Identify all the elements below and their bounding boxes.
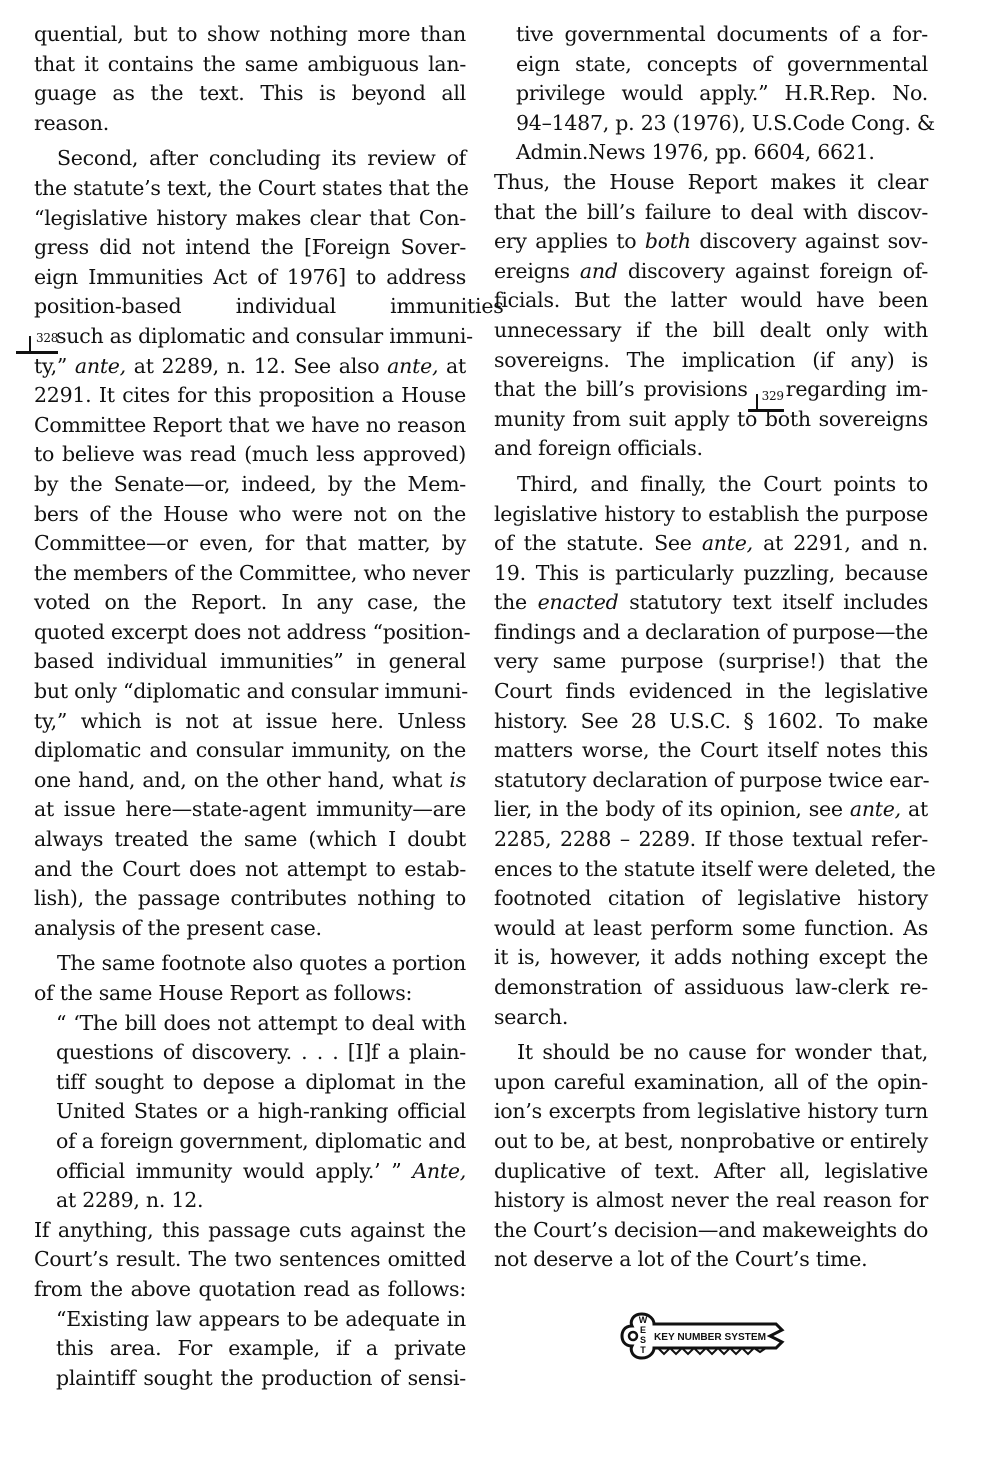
text-line: Committee—or even, for that matter, by bbox=[34, 529, 466, 559]
west-key-number-system-logo: W E S T KEY NUMBER SYSTEM bbox=[620, 1308, 790, 1364]
text-span: one hand, and, on the other hand, what bbox=[34, 768, 442, 792]
text-line: United States or a high-ranking official bbox=[56, 1097, 466, 1127]
text-line: very same purpose (surprise!) that the bbox=[494, 647, 928, 677]
svg-text:E: E bbox=[640, 1325, 646, 1335]
text-line: voted on the Report. In any case, the bbox=[34, 588, 466, 618]
text-line: quential, but to show nothing more than bbox=[34, 20, 466, 50]
text-line: ficials. But the latter would have been bbox=[494, 286, 928, 316]
text-line: would at least perform some function. As bbox=[494, 914, 928, 944]
svg-text:W: W bbox=[639, 1315, 648, 1325]
text-line: official immunity would apply.’ ” Ante, bbox=[56, 1157, 466, 1187]
text-line: “Existing law appears to be adequate in bbox=[56, 1305, 466, 1335]
text-line: tiff sought to depose a diplomat in the bbox=[56, 1068, 466, 1098]
italic-span: ante, bbox=[75, 354, 126, 378]
italic-span: enacted bbox=[538, 590, 619, 614]
text-line: privilege would apply.” H.R.Rep. No. bbox=[516, 79, 928, 109]
text-line: guage as the text. This is beyond all bbox=[34, 79, 466, 109]
text-line: one hand, and, on the other hand, what i… bbox=[34, 766, 466, 796]
svg-text:S: S bbox=[640, 1335, 646, 1345]
text-line: statutory declaration of purpose twice e… bbox=[494, 766, 928, 796]
paragraph-thus: Thus, the House Report makes it clear th… bbox=[494, 168, 928, 464]
text-line: bers of the House who were not on the bbox=[34, 500, 466, 530]
text-line: ences to the statute itself were deleted… bbox=[494, 855, 928, 885]
text-line: Third, and finally, the Court points to bbox=[494, 470, 928, 500]
text-line: from the above quotation read as follows… bbox=[34, 1275, 466, 1305]
paragraph-continuation: quential, but to show nothing more than … bbox=[34, 20, 466, 138]
text-span: the bbox=[494, 590, 527, 614]
text-span: ereigns bbox=[494, 259, 570, 283]
page-number: 328 bbox=[20, 331, 58, 345]
text-line: history. See 28 U.S.C. § 1602. To make bbox=[494, 707, 928, 737]
italic-span: ante, bbox=[387, 354, 438, 378]
text-line: Committee Report that we have no reason bbox=[34, 411, 466, 441]
text-line: plaintiff sought the production of sensi… bbox=[56, 1364, 466, 1394]
text-line: Second, after concluding its review of bbox=[34, 144, 466, 174]
text-line: Court’s result. The two sentences omitte… bbox=[34, 1245, 466, 1275]
text-span: ty,” bbox=[34, 354, 67, 378]
text-line: findings and a declaration of purpose—th… bbox=[494, 618, 928, 648]
block-quote-house-report: “ ‘The bill does not attempt to deal wit… bbox=[34, 1009, 466, 1216]
italic-span: ante, bbox=[702, 531, 753, 555]
text-line: the members of the Committee, who never bbox=[34, 559, 466, 589]
text-line: that the bill’s failure to deal with dis… bbox=[494, 198, 928, 228]
text-span: regarding im- bbox=[786, 377, 928, 401]
text-line: not deserve a lot of the Court’s time. bbox=[494, 1245, 928, 1275]
text-span: at bbox=[438, 354, 466, 378]
text-line: “ ‘The bill does not attempt to deal wit… bbox=[56, 1009, 466, 1039]
text-line: lier, in the body of its opinion, see an… bbox=[494, 795, 928, 825]
star-page-marker: 328 bbox=[16, 324, 58, 354]
text-line: always treated the same (which I doubt bbox=[34, 825, 466, 855]
text-span: at bbox=[901, 797, 928, 821]
paragraph-same-footnote: The same footnote also quotes a portion … bbox=[34, 949, 466, 1008]
paragraph-second-point: Second, after concluding its review of t… bbox=[34, 144, 466, 943]
text-line: reason. bbox=[34, 109, 466, 139]
text-span: such as diplomatic and consular immuni- bbox=[34, 324, 473, 348]
text-line: 19. This is particularly puzzling, becau… bbox=[494, 559, 928, 589]
logo-label: KEY NUMBER SYSTEM bbox=[654, 1331, 766, 1343]
text-line: ion’s excerpts from legislative history … bbox=[494, 1097, 928, 1127]
text-line: the Court’s decision—and makeweights do bbox=[494, 1216, 928, 1246]
text-line: this area. For example, if a private bbox=[56, 1334, 466, 1364]
italic-span: Ante, bbox=[412, 1159, 466, 1183]
text-line: The same footnote also quotes a portion bbox=[34, 949, 466, 979]
text-line: munity from suit apply to both sovereign… bbox=[494, 405, 928, 435]
text-line: “legislative history makes clear that Co… bbox=[34, 204, 466, 234]
text-line: it is, however, it adds nothing except t… bbox=[494, 943, 928, 973]
text-line: ery applies to both discovery against so… bbox=[494, 227, 928, 257]
text-line: at 2289, n. 12. bbox=[56, 1186, 466, 1216]
text-line: lish), the passage contributes nothing t… bbox=[34, 884, 466, 914]
text-span: lier, in the body of its opinion, see bbox=[494, 797, 843, 821]
block-quote-existing-law: “Existing law appears to be adequate in … bbox=[34, 1305, 466, 1394]
text-span: official immunity would apply.’ ” bbox=[56, 1159, 401, 1183]
paragraph-third: Third, and finally, the Court points to … bbox=[494, 470, 928, 1032]
text-line: based individual immunities” in general bbox=[34, 647, 466, 677]
text-span: at 2289, n. 12. See also bbox=[126, 354, 379, 378]
italic-span: ante, bbox=[850, 797, 901, 821]
text-span: at 2291, and n. bbox=[753, 531, 928, 555]
text-line: by the Senate—or, indeed, by the Mem- bbox=[34, 470, 466, 500]
text-line: of the statute. See ante, at 2291, and n… bbox=[494, 529, 928, 559]
text-line: matters worse, the Court itself notes th… bbox=[494, 736, 928, 766]
text-line: footnoted citation of legislative histor… bbox=[494, 884, 928, 914]
text-line: demonstration of assiduous law-clerk re- bbox=[494, 973, 928, 1003]
svg-text:T: T bbox=[640, 1345, 646, 1355]
text-line: that the bill’s provisions329regarding i… bbox=[494, 375, 928, 405]
text-line: 2291. It cites for this proposition a Ho… bbox=[34, 381, 466, 411]
text-line: and foreign officials. bbox=[494, 434, 928, 464]
text-line: and the Court does not attempt to estab- bbox=[34, 855, 466, 885]
star-page-marker: 329 bbox=[748, 382, 786, 412]
text-span: discovery against sov- bbox=[691, 229, 928, 253]
text-line: eign Immunities Act of 1976] to address bbox=[34, 263, 466, 293]
paragraph-if-anything: If anything, this passage cuts against t… bbox=[34, 1216, 466, 1305]
text-line: ty,” ante, at 2289, n. 12. See also ante… bbox=[34, 352, 466, 382]
text-line: of the same House Report as follows: bbox=[34, 979, 466, 1009]
text-line: quoted excerpt does not address “positio… bbox=[34, 618, 466, 648]
text-line: tive governmental documents of a for- bbox=[516, 20, 928, 50]
left-column: quential, but to show nothing more than … bbox=[34, 20, 466, 1393]
text-line: questions of discovery. . . . [I]f a pla… bbox=[56, 1038, 466, 1068]
text-line: It should be no cause for wonder that, bbox=[494, 1038, 928, 1068]
text-line: legislative history to establish the pur… bbox=[494, 500, 928, 530]
right-column: tive governmental documents of a for- ei… bbox=[494, 20, 928, 1275]
text-line: 2285, 2288 – 2289. If those textual refe… bbox=[494, 825, 928, 855]
text-line: sovereigns. The implication (if any) is bbox=[494, 346, 928, 376]
text-line: position-based individual immunities bbox=[34, 292, 466, 322]
italic-span: both bbox=[645, 229, 691, 253]
text-line: unnecessary if the bill dealt only with bbox=[494, 316, 928, 346]
paragraph-conclusion: It should be no cause for wonder that, u… bbox=[494, 1038, 928, 1275]
text-line: out to be, at best, nonprobative or enti… bbox=[494, 1127, 928, 1157]
text-line: diplomatic and consular immunity, on the bbox=[34, 736, 466, 766]
text-span: statutory text itself includes bbox=[618, 590, 928, 614]
text-line: at issue here—state-agent immunity—are bbox=[34, 795, 466, 825]
text-span: that the bill’s provisions bbox=[494, 377, 748, 401]
page-number: 329 bbox=[756, 389, 784, 403]
text-line: of a foreign government, diplomatic and bbox=[56, 1127, 466, 1157]
italic-span: and bbox=[580, 259, 618, 283]
text-span: discovery against foreign of- bbox=[618, 259, 928, 283]
text-line: 94–1487, p. 23 (1976), U.S.Code Cong. & bbox=[516, 109, 928, 139]
text-line: the enacted statutory text itself includ… bbox=[494, 588, 928, 618]
text-span: ery applies to bbox=[494, 229, 636, 253]
text-line: eign state, concepts of governmental bbox=[516, 50, 928, 80]
text-span: of the statute. See bbox=[494, 531, 692, 555]
text-line: to believe was read (much less approved) bbox=[34, 440, 466, 470]
text-line: ereigns and discovery against foreign of… bbox=[494, 257, 928, 287]
text-line: Thus, the House Report makes it clear bbox=[494, 168, 928, 198]
text-line: search. bbox=[494, 1003, 928, 1033]
text-line: duplicative of text. After all, legislat… bbox=[494, 1157, 928, 1187]
text-line: history is almost never the real reason … bbox=[494, 1186, 928, 1216]
text-line: Court finds evidenced in the legislative bbox=[494, 677, 928, 707]
text-line: the statute’s text, the Court states tha… bbox=[34, 174, 466, 204]
text-line: 328 such as diplomatic and consular immu… bbox=[34, 322, 466, 352]
text-line: If anything, this passage cuts against t… bbox=[34, 1216, 466, 1246]
text-line: that it contains the same ambiguous lan- bbox=[34, 50, 466, 80]
text-line: ty,” which is not at issue here. Unless bbox=[34, 707, 466, 737]
block-quote-continuation: tive governmental documents of a for- ei… bbox=[494, 20, 928, 168]
key-icon: W E S T KEY NUMBER SYSTEM bbox=[620, 1308, 790, 1364]
text-line: upon careful examination, all of the opi… bbox=[494, 1068, 928, 1098]
text-line: gress did not intend the [Foreign Sover- bbox=[34, 233, 466, 263]
text-line: but only “diplomatic and consular immuni… bbox=[34, 677, 466, 707]
text-line: Admin.News 1976, pp. 6604, 6621. bbox=[516, 138, 928, 168]
italic-span: is bbox=[449, 768, 466, 792]
text-line: analysis of the present case. bbox=[34, 914, 466, 944]
